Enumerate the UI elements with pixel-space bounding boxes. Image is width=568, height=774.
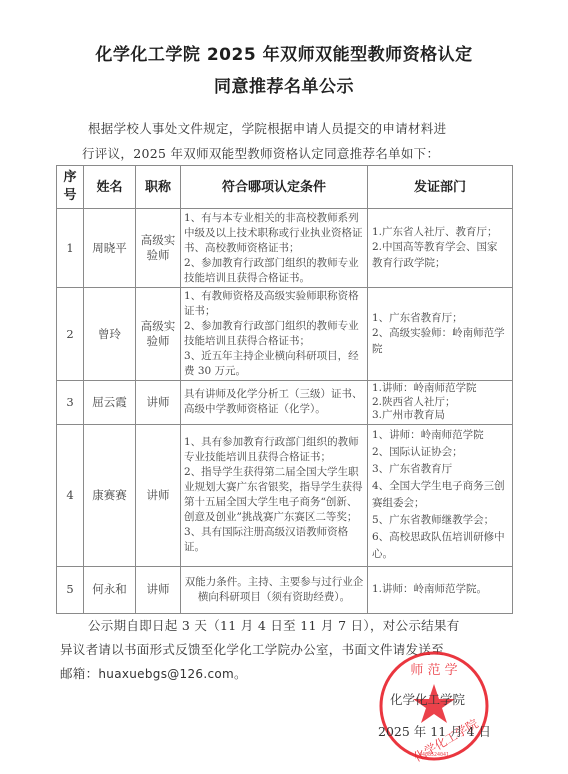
dept-item: 4、全国大学生电子商务三创赛组委会； — [372, 478, 508, 512]
cell-name: 何永和 — [84, 566, 136, 613]
header-issuing-dept: 发证部门 — [368, 166, 513, 209]
cell-title: 高级实验师 — [136, 209, 181, 288]
condition-item: 3、具有国际注册高级汉语教师资格证。 — [184, 525, 364, 555]
cell-seq: 2 — [57, 288, 84, 381]
cell-depts: 1.讲师：岭南师范学院 2.陕西省人社厅； 3.广州市教育局 — [368, 381, 513, 425]
cell-depts: 1、广东省教育厅； 2、高级实验师：岭南师范学院 — [368, 288, 513, 381]
cell-seq: 4 — [57, 424, 84, 566]
table-row: 4 康赛赛 讲师 1、具有参加教育行政部门组织的教师专业技能培训且获得合格证书；… — [57, 424, 513, 566]
table-row: 2 曾玲 高级实验师 1、有教师资格及高级实验师职称资格证书； 2、参加教育行政… — [57, 288, 513, 381]
dept-item: 2、国际认证协会； — [372, 444, 508, 461]
intro-paragraph-line2: 行评议，2025 年双师双能型教师资格认定同意推荐名单如下： — [82, 141, 522, 166]
intro-paragraph-line1: 根据学校人事处文件规定，学院根据申请人员提交的申请材料进 — [88, 116, 528, 141]
cell-title: 讲师 — [136, 566, 181, 613]
header-seq: 序号 — [57, 166, 84, 209]
cell-name: 屈云霞 — [84, 381, 136, 425]
cell-title: 高级实验师 — [136, 288, 181, 381]
cell-conditions: 1、有教师资格及高级实验师职称资格证书； 2、参加教育行政部门组织的教师专业技能… — [181, 288, 368, 381]
dept-item: 5、广东省教师继教学会； — [372, 512, 508, 529]
cell-title: 讲师 — [136, 424, 181, 566]
dept-item: 2.中国高等教育学会、国家教育行政学院； — [372, 240, 508, 271]
cell-conditions: 双能力条件。主持、主要参与过行业企横向科研项目（须有资助经费）。 — [181, 566, 368, 613]
cell-depts: 1.讲师：岭南师范学院。 — [368, 566, 513, 613]
cell-name: 曾玲 — [84, 288, 136, 381]
header-conditions: 符合哪项认定条件 — [181, 166, 368, 209]
table-row: 1 周晓平 高级实验师 1、有与本专业相关的非高校教师系列中级及以上技术职称或行… — [57, 209, 513, 288]
svg-text:师 范 学: 师 范 学 — [410, 662, 457, 678]
dept-item: 2、高级实验师：岭南师范学院 — [372, 326, 508, 357]
dept-item: 1、讲师：岭南师范学院 — [372, 427, 508, 444]
condition-item: 1、有与本专业相关的非高校教师系列中级及以上技术职称或行业执业资格证书、高校教师… — [184, 211, 364, 256]
condition-item: 1、具有参加教育行政部门组织的教师专业技能培训且获得合格证书； — [184, 435, 364, 465]
cell-seq: 3 — [57, 381, 84, 425]
condition-item: 2、参加教育行政部门组织的教师专业技能培训且获得合格证书。 — [184, 256, 364, 286]
signature-org: 化学化工学院 — [390, 690, 465, 708]
dept-item: 1.讲师：岭南师范学院。 — [372, 582, 508, 598]
cell-seq: 5 — [57, 566, 84, 613]
cell-seq: 1 — [57, 209, 84, 288]
table-row: 5 何永和 讲师 双能力条件。主持、主要参与过行业企横向科研项目（须有资助经费）… — [57, 566, 513, 613]
cell-name: 周晓平 — [84, 209, 136, 288]
condition-item: 1、有教师资格及高级实验师职称资格证书； — [184, 289, 364, 319]
cell-title: 讲师 — [136, 381, 181, 425]
condition-item: 2、指导学生获得第二届全国大学生职业规划大赛广东省银奖，指导学生获得第十五届全国… — [184, 465, 364, 525]
email-label: 邮箱： — [60, 666, 98, 681]
condition-item: 具有讲师及化学分析工（三级）证书、高级中学教师资格证（化学）。 — [184, 387, 364, 417]
signature-date: 2025 年 11 月 4 日 — [378, 722, 491, 740]
header-title: 职称 — [136, 166, 181, 209]
dept-item: 2.陕西省人社厅； — [372, 396, 508, 410]
cell-conditions: 1、有与本专业相关的非高校教师系列中级及以上技术职称或行业执业资格证书、高校教师… — [181, 209, 368, 288]
dept-item: 1.广东省人社厅、教育厅； — [372, 225, 508, 241]
dept-item: 1.讲师：岭南师范学院 — [372, 382, 508, 396]
header-name: 姓名 — [84, 166, 136, 209]
table-row: 3 屈云霞 讲师 具有讲师及化学分析工（三级）证书、高级中学教师资格证（化学）。… — [57, 381, 513, 425]
cell-name: 康赛赛 — [84, 424, 136, 566]
dept-item: 3.广州市教育局 — [372, 409, 508, 423]
condition-item: 2、参加教育行政部门组织的教师专业技能培训且获得合格证书； — [184, 319, 364, 349]
email-address[interactable]: huaxuebgs@126.com — [98, 667, 234, 681]
cell-depts: 1、讲师：岭南师范学院 2、国际认证协会； 3、广东省教育厅 4、全国大学生电子… — [368, 424, 513, 566]
cell-conditions: 具有讲师及化学分析工（三级）证书、高级中学教师资格证（化学）。 — [181, 381, 368, 425]
cell-depts: 1.广东省人社厅、教育厅； 2.中国高等教育学会、国家教育行政学院； — [368, 209, 513, 288]
table-header-row: 序号 姓名 职称 符合哪项认定条件 发证部门 — [57, 166, 513, 209]
notice-line1: 公示期自即日起 3 天（11 月 4 日至 11 月 7 日），对公示结果有 — [88, 614, 460, 638]
recommendation-table: 序号 姓名 职称 符合哪项认定条件 发证部门 1 周晓平 高级实验师 1、有与本… — [56, 165, 513, 614]
document-title-line2: 同意推荐名单公示 — [0, 72, 568, 97]
dept-item: 3、广东省教育厅 — [372, 461, 508, 478]
cell-conditions: 1、具有参加教育行政部门组织的教师专业技能培训且获得合格证书； 2、指导学生获得… — [181, 424, 368, 566]
dept-item: 6、高校思政队伍培训研修中心。 — [372, 529, 508, 563]
condition-item: 3、近五年主持企业横向科研项目，经费 30 万元。 — [184, 349, 364, 379]
document-title-line1: 化学化工学院 2025 年双师双能型教师资格认定 — [0, 40, 568, 65]
svg-text:4408524041: 4408524041 — [419, 752, 449, 758]
dept-item: 1、广东省教育厅； — [372, 311, 508, 327]
notice-period-end: 。 — [234, 666, 247, 681]
condition-item: 双能力条件。主持、主要参与过行业企横向科研项目（须有资助经费）。 — [184, 575, 364, 605]
notice-line3: 邮箱：huaxuebgs@126.com。 — [60, 662, 247, 686]
